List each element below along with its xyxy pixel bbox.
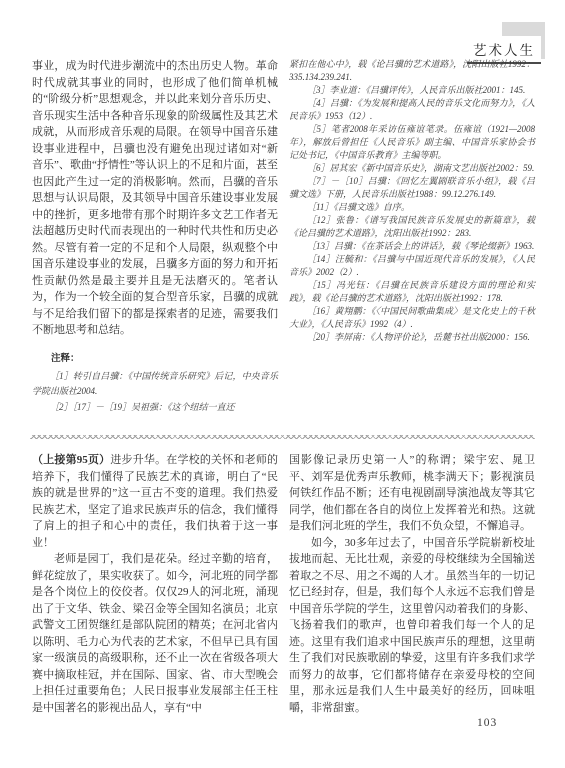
reference-item: ［16］黄翔鹏：《〈中国民间歌曲集成〉是文化史上的千秋大业》，《人民音乐》199… [289, 305, 535, 331]
paragraph-text: 老师是园丁，我们是花朵。经过辛勤的培育，鲜花绽放了，果实收获了。如今，河北班的同… [32, 551, 278, 716]
lower-right-column: 国影像记录历史第一人”的称谓；梁宇宏、晁卫平、刘军是优秀声乐教师，桃李满天下；影… [289, 452, 535, 716]
reference-item: ［11］《吕骥文选》自序。 [289, 201, 535, 214]
reference-item: ［3］李业道：《吕骥评传》，人民音乐出版社2001：145. [289, 84, 535, 97]
paragraph-text: 如今，30多年过去了，中国音乐学院崭新校址拔地而起、无比壮观，亲爱的母校继续为全… [289, 535, 535, 717]
reference-item: ［7］－［10］吕骥：《回忆左翼剧联音乐小组》，载《吕骥文选》下册，人民音乐出版… [289, 175, 535, 201]
journal-page: 艺术人生 事业，成为时代进步潮流中的杰出历史人物。革命时代成就其事业的同时，也形… [0, 0, 565, 768]
page-number: 103 [477, 717, 497, 729]
upper-left-column: 事业，成为时代进步潮流中的杰出历史人物。革命时代成就其事业的同时，也形成了他们简… [32, 58, 278, 415]
section-divider [30, 435, 535, 439]
article-body-text: 事业，成为时代进步潮流中的杰出历史人物。革命时代成就其事业的同时，也形成了他们简… [32, 58, 278, 339]
reference-item: 紧扣在他心中》，载《论吕骥的艺术道路》，沈阳出版社1992：335.134.23… [289, 58, 535, 84]
reference-item: ［15］冯光钰：《吕骥在民族音乐建设方面的理论和实践》，载《论吕骥的艺术道路》，… [289, 279, 535, 305]
note-item: ［2］［17］－［19］吴祖强：《这个纽结一直还 [32, 400, 278, 416]
reference-item: ［5］笔者2008年采访伍雍谊笔录。伍雍谊（1921—2008年），解放后曾担任… [289, 123, 535, 162]
upper-right-column: 紧扣在他心中》，载《论吕骥的艺术道路》，沈阳出版社1992：335.134.23… [289, 58, 535, 415]
reference-item: ［6］居其宏《新中国音乐史》，湖南文艺出版社2002：59. [289, 162, 535, 175]
reference-item: ［12］张鲁：《谱写我国民族音乐发展史的新篇章》，载《论吕骥的艺术道路》，沈阳出… [289, 214, 535, 240]
lower-section: （上接第95页）进步升华。在学校的关怀和老师的培养下，我们懂得了民族艺术的真谛，… [32, 452, 535, 716]
reference-item: ［13］吕骥：《在茶话会上的讲话》，载《琴论缀新》1963. [289, 240, 535, 253]
note-item: ［1］转引自吕骥：《中国传统音乐研究》后记，中央音乐学院出版社2004. [32, 369, 278, 400]
paragraph-text: 进步升华。在学校的关怀和老师的培养下，我们懂得了民族艺术的真谛，明白了“民族的就… [32, 454, 278, 549]
reference-item: ［20］李屏南：《人物评价论》，岳麓书社出版2000：156. [289, 331, 535, 344]
reference-item: ［14］汪毓和：《吕骥与中国近现代音乐的发展》，《人民音乐》2002（2）. [289, 253, 535, 279]
notes-heading: 注释： [32, 352, 278, 367]
continued-paragraph: （上接第95页）进步升华。在学校的关怀和老师的培养下，我们懂得了民族艺术的真谛，… [32, 452, 278, 551]
reference-item: ［4］吕骥：《为发展和提高人民的音乐文化而努力》，《人民音乐》1953（12）. [289, 97, 535, 123]
paragraph-text: 国影像记录历史第一人”的称谓；梁宇宏、晁卫平、刘军是优秀声乐教师，桃李满天下；影… [289, 452, 535, 535]
upper-section: 事业，成为时代进步潮流中的杰出历史人物。革命时代成就其事业的同时，也形成了他们简… [32, 58, 535, 415]
lower-left-column: （上接第95页）进步升华。在学校的关怀和老师的培养下，我们懂得了民族艺术的真谛，… [32, 452, 278, 716]
notes-block: 注释： ［1］转引自吕骥：《中国传统音乐研究》后记，中央音乐学院出版社2004.… [32, 352, 278, 416]
continued-from-label: （上接第95页） [32, 454, 110, 466]
